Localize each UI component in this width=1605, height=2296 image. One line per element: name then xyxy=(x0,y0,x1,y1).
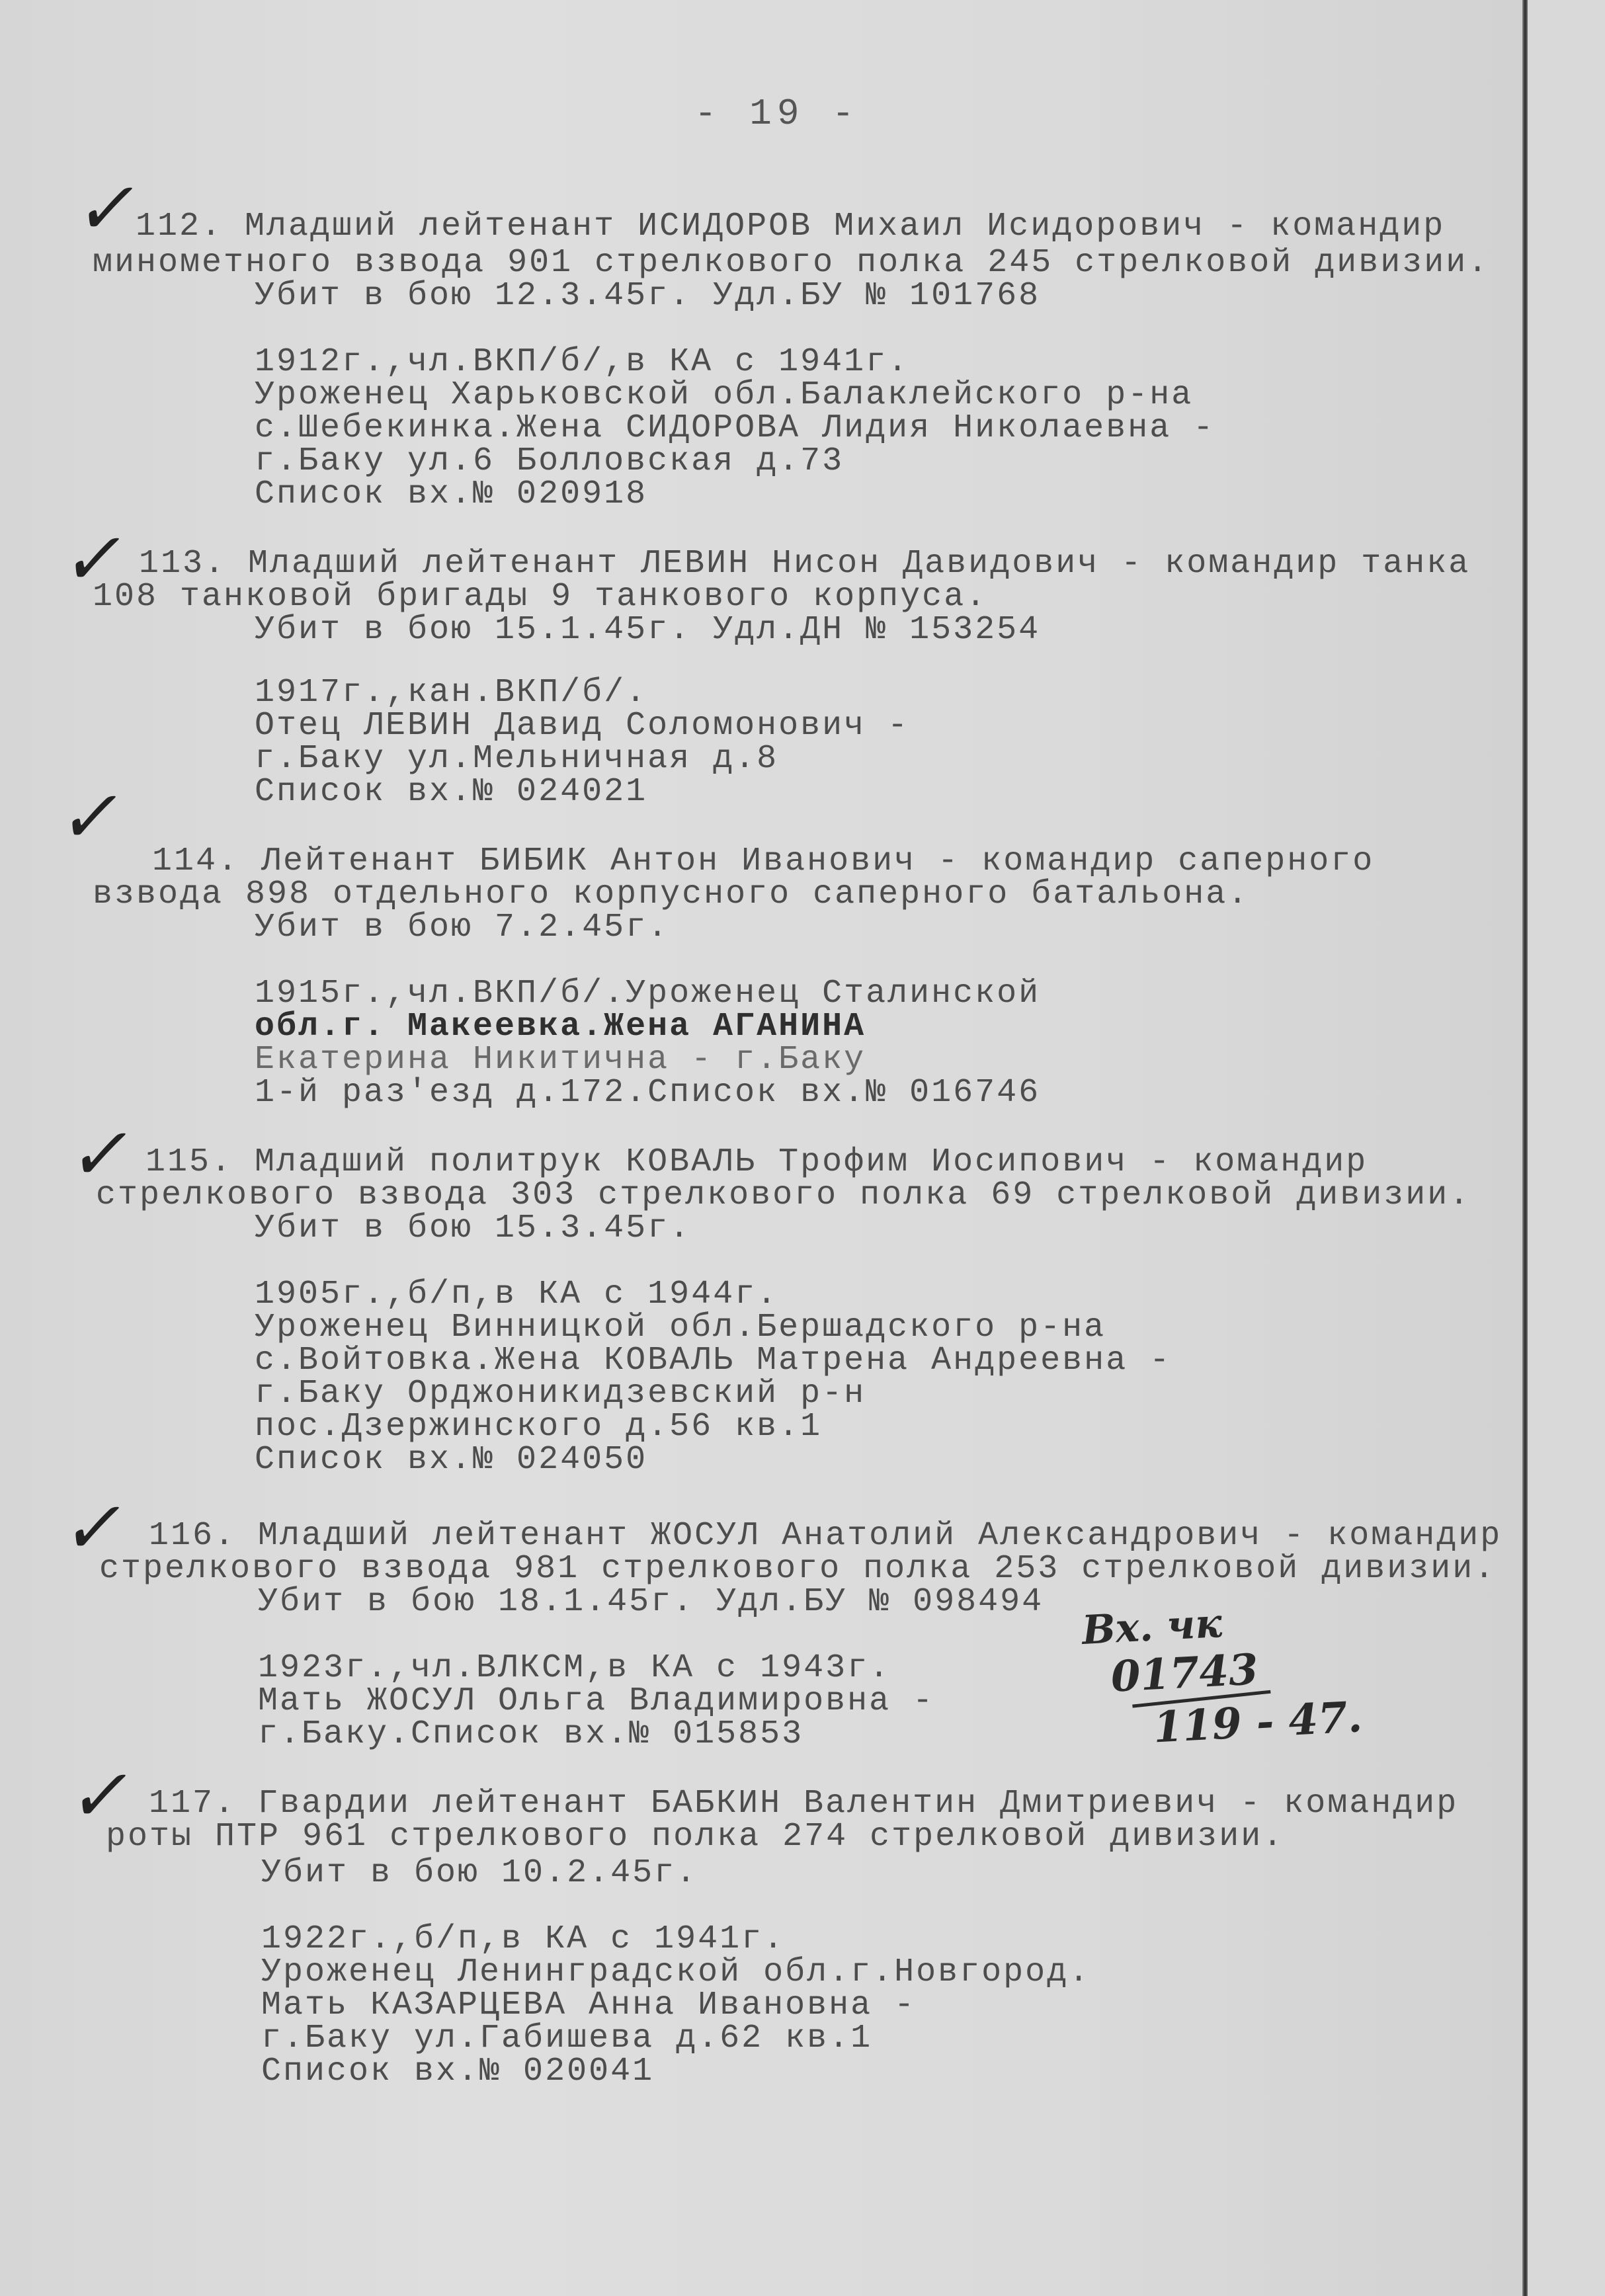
entry-bio: обл.г. Макеевка.Жена АГАНИНА xyxy=(255,1008,866,1045)
entry-bio: с.Шебекинка.Жена СИДОРОВА Лидия Николаев… xyxy=(255,410,1215,447)
document-page: - 19 - ✓ 112. Младший лейтенант ИСИДОРОВ… xyxy=(0,0,1528,2296)
entry-bio: пос.Дзержинского д.56 кв.1 xyxy=(255,1409,822,1446)
entry-death: Убит в бою 7.2.45г. xyxy=(255,909,669,946)
entry-unit: взвода 898 отдельного корпусного саперно… xyxy=(93,876,1249,913)
page-number: - 19 - xyxy=(694,93,860,135)
entry-unit: минометного взвода 901 стрелкового полка… xyxy=(93,245,1489,282)
entry-bio: 1923г.,чл.ВЛКСМ,в КА с 1943г. xyxy=(258,1650,891,1687)
entry-heading: 116. Младший лейтенант ЖОСУЛ Анатолий Ал… xyxy=(149,1518,1502,1555)
entry-unit: 108 танковой бригады 9 танкового корпуса… xyxy=(93,579,987,616)
entry-bio: г.Баку.Список вх.№ 015853 xyxy=(258,1716,803,1753)
entry-bio: г.Баку ул.Габишева д.62 кв.1 xyxy=(261,2020,872,2057)
entry-bio: 1915г.,чл.ВКП/б/.Уроженец Сталинской xyxy=(255,975,1040,1012)
entry-bio: Екатерина Никитична - г.Баку xyxy=(255,1042,866,1079)
entry-heading: 115. Младший политрук КОВАЛЬ Трофим Иоси… xyxy=(145,1144,1368,1181)
adjacent-page-edge xyxy=(1528,0,1605,2296)
entry-unit: стрелкового взвода 981 стрелкового полка… xyxy=(99,1551,1496,1588)
entry-bio: г.Баку ул.Мельничная д.8 xyxy=(255,741,778,778)
entry-bio: 1912г.,чл.ВКП/б/,в КА с 1941г. xyxy=(255,344,909,381)
entry-bio: Список вх.№ 020918 xyxy=(255,476,647,513)
entry-bio: Отец ЛЕВИН Давид Соломонович - xyxy=(255,708,909,745)
entry-unit: стрелкового взвода 303 стрелкового полка… xyxy=(96,1177,1471,1214)
entry-bio: Уроженец Ленинградской обл.г.Новгород. xyxy=(261,1954,1091,1991)
entry-bio: с.Войтовка.Жена КОВАЛЬ Матрена Андреевна… xyxy=(255,1342,1171,1379)
entry-bio: Список вх.№ 020041 xyxy=(261,2053,654,2090)
entry-heading: 117. Гвардии лейтенант БАБКИН Валентин Д… xyxy=(149,1785,1458,1823)
entry-heading: 113. Младший лейтенант ЛЕВИН Нисон Давид… xyxy=(139,546,1470,583)
page-binding-edge xyxy=(1522,0,1528,2296)
entry-death: Убит в бою 10.2.45г. xyxy=(261,1855,698,1892)
entry-bio: г.Баку Орджоникидзевский р-н xyxy=(255,1375,866,1413)
checkmark-icon: ✓ xyxy=(55,780,132,853)
entry-death: Убит в бою 15.1.45г. Удл.ДН № 153254 xyxy=(255,612,1040,649)
entry-death: Убит в бою 12.3.45г. Удл.БУ № 101768 xyxy=(255,278,1040,315)
entry-death: Убит в бою 18.1.45г. Удл.БУ № 098494 xyxy=(258,1584,1044,1621)
entry-bio: 1917г.,кан.ВКП/б/. xyxy=(255,675,647,712)
entry-bio: Мать ЖОСУЛ Ольга Владимировна - xyxy=(258,1683,934,1720)
handwritten-annotation: Вх. чк 01743 119 - 47. xyxy=(1081,1593,1363,1756)
entry-heading: 112. Младший лейтенант ИСИДОРОВ Михаил И… xyxy=(136,208,1445,245)
entry-heading: 114. Лейтенант БИБИК Антон Иванович - ко… xyxy=(152,843,1374,880)
entry-bio: 1-й раз'езд д.172.Список вх.№ 016746 xyxy=(255,1075,1040,1112)
entry-bio: г.Баку ул.6 Болловская д.73 xyxy=(255,443,844,480)
entry-unit: роты ПТР 961 стрелкового полка 274 стрел… xyxy=(106,1819,1284,1856)
entry-bio: Уроженец Харьковской обл.Балаклейского р… xyxy=(255,377,1193,414)
entry-bio: Мать КАЗАРЦЕВА Анна Ивановна - xyxy=(261,1987,916,2024)
entry-bio: 1922г.,б/п,в КА с 1941г. xyxy=(261,1921,785,1958)
entry-bio: Список вх.№ 024021 xyxy=(255,774,647,811)
entry-death: Убит в бою 15.3.45г. xyxy=(255,1210,691,1247)
entry-bio: Уроженец Винницкой обл.Бершадского р-на xyxy=(255,1309,1106,1346)
entry-bio: 1905г.,б/п,в КА с 1944г. xyxy=(255,1276,778,1313)
entry-bio: Список вх.№ 024050 xyxy=(255,1442,647,1479)
